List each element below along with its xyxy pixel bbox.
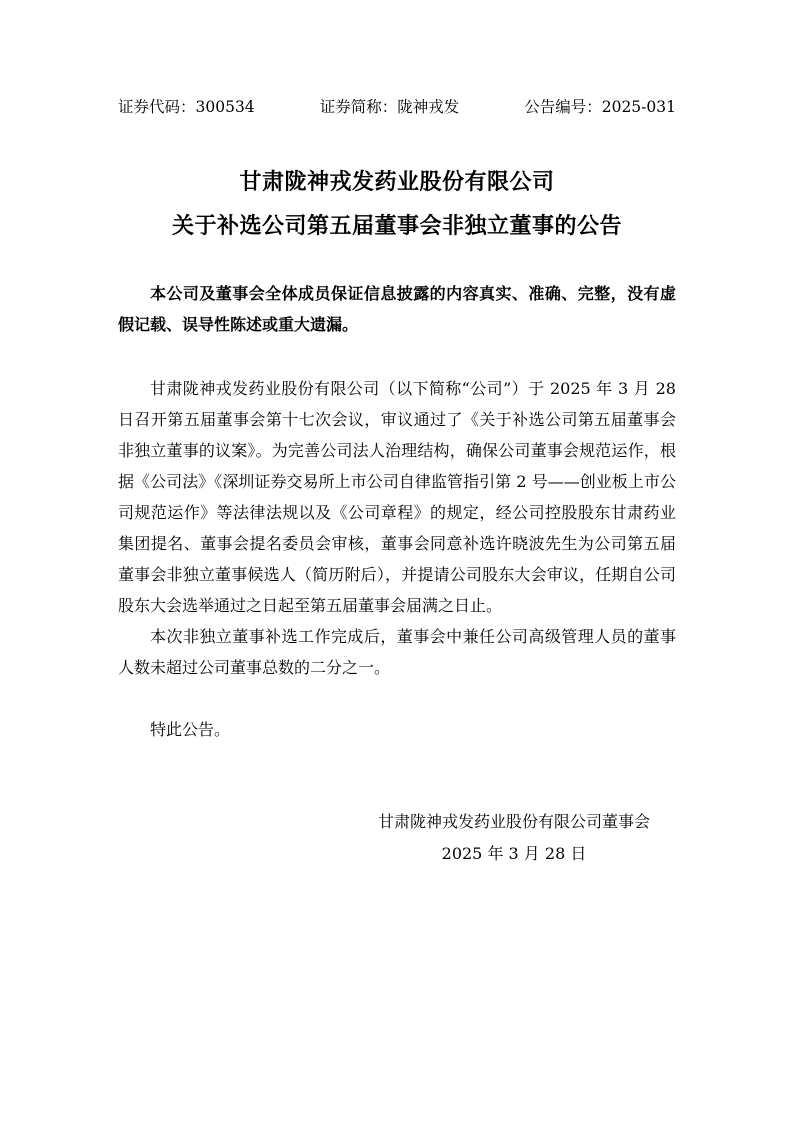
announcement-number: 公告编号：2025-031 [524,96,676,118]
stock-code: 证券代码：300534 [118,96,255,118]
body-paragraph-1: 甘肃陇神戎发药业股份有限公司（以下简称“公司”）于 2025 年 3 月 28 … [118,373,676,621]
signature-date: 2025 年 3 月 28 日 [378,838,650,870]
disclaimer-statement: 本公司及董事会全体成员保证信息披露的内容真实、准确、完整，没有虚假记载、误导性陈… [118,278,676,340]
signature-block: 甘肃陇神戎发药业股份有限公司董事会 2025 年 3 月 28 日 [118,806,676,870]
document-subtitle: 关于补选公司第五届董事会非独立董事的公告 [118,204,676,248]
stock-short-name: 证券简称：陇神戎发 [320,96,460,118]
securities-header: 证券代码：300534 证券简称：陇神戎发 公告编号：2025-031 [118,96,676,118]
announcement-page: 证券代码：300534 证券简称：陇神戎发 公告编号：2025-031 甘肃陇神… [0,0,794,1122]
signature-inner: 甘肃陇神戎发药业股份有限公司董事会 2025 年 3 月 28 日 [378,806,650,870]
signature-company: 甘肃陇神戎发药业股份有限公司董事会 [378,806,650,838]
title-block: 甘肃陇神戎发药业股份有限公司 关于补选公司第五届董事会非独立董事的公告 [118,160,676,248]
document-title: 甘肃陇神戎发药业股份有限公司 [118,160,676,204]
body-paragraph-2: 本次非独立董事补选工作完成后，董事会中兼任公司高级管理人员的董事人数未超过公司董… [118,621,676,683]
closing-statement: 特此公告。 [118,714,676,745]
body-block: 甘肃陇神戎发药业股份有限公司（以下简称“公司”）于 2025 年 3 月 28 … [118,373,676,683]
